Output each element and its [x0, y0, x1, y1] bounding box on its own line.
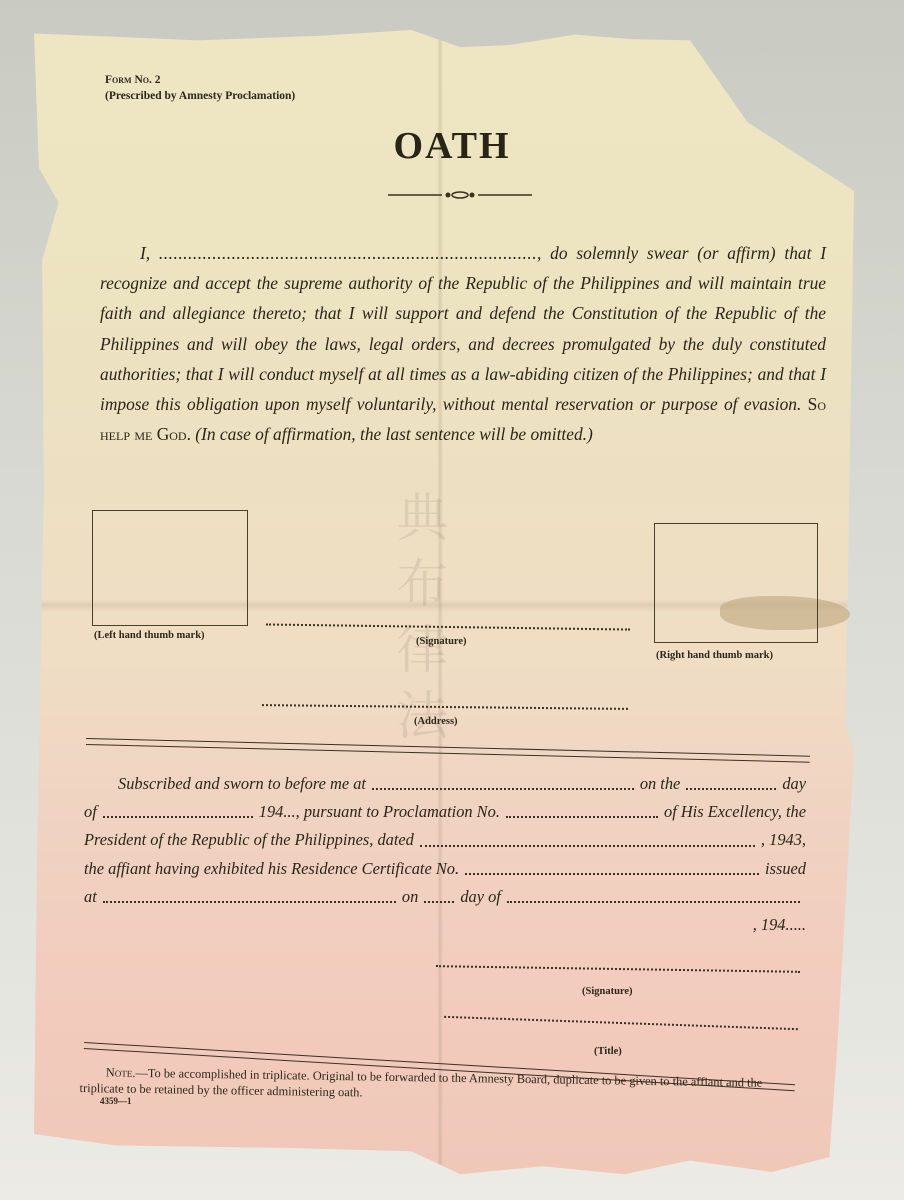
- right-thumb-caption: (Right hand thumb mark): [656, 650, 773, 661]
- left-thumb-mark-box[interactable]: [92, 510, 248, 626]
- residence-certificate-field[interactable]: [465, 855, 759, 875]
- oath-opening: I,: [140, 243, 150, 263]
- address-caption: (Address): [414, 716, 458, 727]
- day-field[interactable]: [686, 770, 776, 790]
- form-header: Form No. 2 (Prescribed by Amnesty Procla…: [105, 72, 295, 104]
- sworn-text: the affiant having exhibited his Residen…: [84, 855, 459, 883]
- sworn-text: day: [782, 770, 806, 798]
- prescribed-by: (Prescribed by Amnesty Proclamation): [105, 88, 295, 104]
- document-title: OATH: [0, 124, 904, 168]
- sworn-text: day of: [460, 883, 501, 911]
- sworn-text: on: [402, 883, 418, 911]
- sworn-text: President of the Republic of the Philipp…: [84, 826, 414, 854]
- issued-day-field[interactable]: [507, 883, 800, 903]
- left-thumb-caption: (Left hand thumb mark): [94, 630, 205, 641]
- form-number: Form No. 2: [105, 72, 295, 88]
- right-thumb-mark-box[interactable]: [654, 523, 818, 643]
- affiant-name-field[interactable]: ........................................…: [159, 243, 537, 263]
- sworn-text: of: [84, 798, 97, 826]
- officer-title-caption: (Title): [594, 1046, 622, 1057]
- sworn-text: issued: [765, 855, 806, 883]
- sworn-text: , 1943,: [761, 826, 806, 854]
- place-field[interactable]: [372, 770, 634, 790]
- proclamation-date-field[interactable]: [420, 826, 755, 846]
- note-label: Note.: [106, 1065, 136, 1079]
- sworn-text: 194..., pursuant to Proclamation No.: [259, 798, 500, 826]
- sworn-text: , 194.....: [753, 911, 806, 939]
- proclamation-number-field[interactable]: [506, 798, 658, 818]
- officer-signature-caption: (Signature): [582, 986, 633, 997]
- sworn-text: at: [84, 883, 97, 911]
- month-field[interactable]: [103, 798, 253, 818]
- sworn-statement: Subscribed and sworn to before me at on …: [84, 770, 806, 939]
- oath-text: , do solemnly swear (or affirm) that I r…: [100, 243, 826, 414]
- affirmation-note: (In case of affirmation, the last senten…: [195, 424, 593, 444]
- print-code: 4359—1: [100, 1096, 132, 1106]
- signature-caption: (Signature): [416, 636, 467, 647]
- title-ornament-icon: [388, 190, 532, 200]
- issued-at-field[interactable]: [103, 883, 396, 903]
- sworn-text: Subscribed and sworn to before me at: [118, 770, 366, 798]
- issued-on-field[interactable]: [424, 883, 454, 903]
- sworn-text: on the: [640, 770, 681, 798]
- sworn-text: of His Excellency, the: [664, 798, 806, 826]
- faded-stamp-mark: 典布律法: [380, 490, 455, 754]
- oath-statement: I, .....................................…: [100, 238, 826, 449]
